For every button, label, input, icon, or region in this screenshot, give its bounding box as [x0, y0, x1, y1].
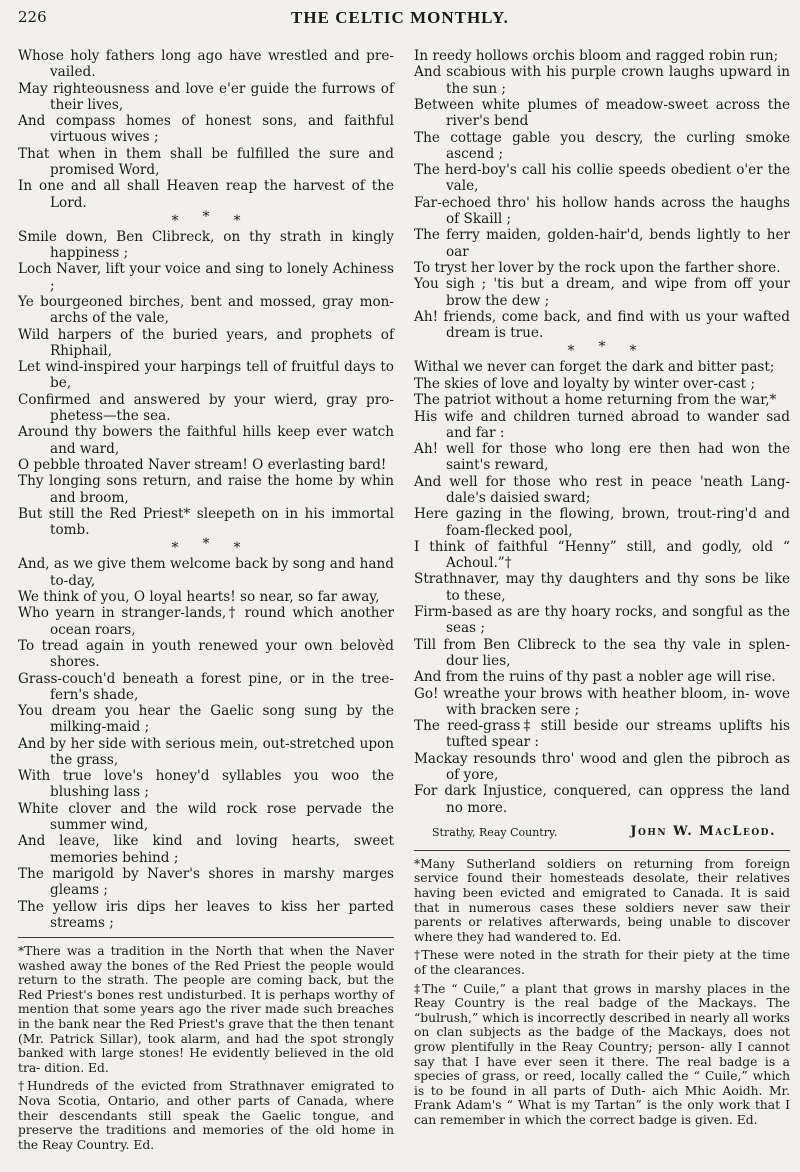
- verse-line: Thy longing sons return, and raise the h…: [18, 473, 394, 505]
- verse-line: And compass homes of honest sons, and fa…: [18, 113, 394, 145]
- verse-line: And by her side with serious mein, out-s…: [18, 736, 394, 768]
- verse-line: Strathnaver, may thy daughters and thy s…: [414, 571, 790, 603]
- section-separator: ***: [18, 542, 394, 556]
- signature-author: John W. MacLeod.: [630, 824, 776, 839]
- verse-line: Let wind-inspired your harpings tell of …: [18, 359, 394, 391]
- poem-stanza: And, as we give them welcome back by son…: [18, 556, 394, 931]
- page-header: 226 THE CELTIC MONTHLY.: [18, 6, 782, 28]
- verse-line: Here gazing in the flowing, brown, trout…: [414, 506, 790, 538]
- footnote: †These were noted in the strath for thei…: [414, 948, 790, 977]
- verse-line: To tread again in youth renewed your own…: [18, 638, 394, 670]
- verse-line: Ye bourgeoned birches, bent and mossed, …: [18, 294, 394, 326]
- footnote: ‡The “ Cuile,” a plant that grows in mar…: [414, 982, 790, 1128]
- verse-line: Wild harpers of the buried years, and pr…: [18, 327, 394, 359]
- verse-line: The patriot without a home returning fro…: [414, 392, 790, 408]
- verse-line: I think of faithful “Henny” still, and g…: [414, 539, 790, 571]
- poem-stanza: Smile down, Ben Clibreck, on thy strath …: [18, 229, 394, 539]
- verse-line: And scabious with his purple crown laugh…: [414, 64, 790, 96]
- verse-line: Whose holy fathers long ago have wrestle…: [18, 48, 394, 80]
- verse-line: That when in them shall be fulfilled the…: [18, 146, 394, 178]
- section-separator: ***: [18, 215, 394, 229]
- verse-line: May righteousness and love e'er guide th…: [18, 81, 394, 113]
- verse-line: Mackay resounds thro' wood and glen the …: [414, 751, 790, 783]
- verse-line: In reedy hollows orchis bloom and ragged…: [414, 48, 790, 64]
- footnote-divider: [18, 937, 394, 938]
- verse-line: Withal we never can forget the dark and …: [414, 359, 790, 375]
- footnote-divider: [414, 850, 790, 851]
- verse-line: With true love's honey'd syllables you w…: [18, 768, 394, 800]
- running-title: THE CELTIC MONTHLY.: [18, 8, 782, 28]
- poem-stanza: Whose holy fathers long ago have wrestle…: [18, 48, 394, 211]
- footnote: *There was a tradition in the North that…: [18, 944, 394, 1075]
- verse-line: Who yearn in stranger-lands,† round whic…: [18, 605, 394, 637]
- verse-line: The reed-grass‡ still beside our streams…: [414, 718, 790, 750]
- verse-line: Till from Ben Clibreck to the sea thy va…: [414, 637, 790, 669]
- verse-line: His wife and children turned abroad to w…: [414, 409, 790, 441]
- verse-line: Ah! friends, come back, and find with us…: [414, 309, 790, 341]
- verse-line: In one and all shall Heaven reap the har…: [18, 178, 394, 210]
- verse-line: You sigh ; 'tis but a dream, and wipe fr…: [414, 276, 790, 308]
- verse-line: Grass-couch'd beneath a forest pine, or …: [18, 671, 394, 703]
- verse-line: Go! wreathe your brows with heather bloo…: [414, 686, 790, 718]
- verse-line: But still the Red Priest* sleepeth on in…: [18, 506, 394, 538]
- verse-line: The ferry maiden, golden-hair'd, bends l…: [414, 227, 790, 259]
- verse-line: And, as we give them welcome back by son…: [18, 556, 394, 588]
- footnote: *Many Sutherland soldiers on returning f…: [414, 857, 790, 945]
- verse-line: And from the ruins of thy past a nobler …: [414, 669, 790, 685]
- signature-place: Strathy, Reay Country.: [432, 826, 557, 839]
- verse-line: O pebble throated Naver stream! O everla…: [18, 457, 394, 473]
- verse-line: We think of you, O loyal hearts! so near…: [18, 589, 394, 605]
- right-column: In reedy hollows orchis bloom and ragged…: [414, 48, 790, 1132]
- verse-line: The marigold by Naver's shores in marshy…: [18, 866, 394, 898]
- verse-line: Smile down, Ben Clibreck, on thy strath …: [18, 229, 394, 261]
- poem-stanza: In reedy hollows orchis bloom and ragged…: [414, 48, 790, 341]
- verse-line: The skies of love and loyalty by winter …: [414, 376, 790, 392]
- verse-line: White clover and the wild rock rose perv…: [18, 801, 394, 833]
- footnotes: *There was a tradition in the North that…: [18, 944, 394, 1152]
- poem-signature: Strathy, Reay Country. John W. MacLeod.: [414, 822, 790, 844]
- verse-line: Between white plumes of meadow-sweet acr…: [414, 97, 790, 129]
- verse-line: Ah! well for those who long ere then had…: [414, 441, 790, 473]
- poem-stanza: Withal we never can forget the dark and …: [414, 359, 790, 816]
- verse-line: And leave, like kind and loving hearts, …: [18, 833, 394, 865]
- verse-line: The cottage gable you descry, the curlin…: [414, 130, 790, 162]
- footnote: †Hundreds of the evicted from Strathnave…: [18, 1079, 394, 1152]
- verse-line: The herd-boy's call his collie speeds ob…: [414, 162, 790, 194]
- section-separator: ***: [414, 345, 790, 359]
- verse-line: For dark Injustice, conquered, can oppre…: [414, 783, 790, 815]
- verse-line: To tryst her lover by the rock upon the …: [414, 260, 790, 276]
- verse-line: Far-echoed thro' his hollow hands across…: [414, 195, 790, 227]
- verse-line: Firm-based as are thy hoary rocks, and s…: [414, 604, 790, 636]
- verse-line: Loch Naver, lift your voice and sing to …: [18, 261, 394, 293]
- verse-line: The yellow iris dips her leaves to kiss …: [18, 899, 394, 931]
- verse-line: And well for those who rest in peace 'ne…: [414, 474, 790, 506]
- footnotes: *Many Sutherland soldiers on returning f…: [414, 857, 790, 1128]
- verse-line: Around thy bowers the faithful hills kee…: [18, 424, 394, 456]
- verse-line: Confirmed and answered by your wierd, gr…: [18, 392, 394, 424]
- left-column: Whose holy fathers long ago have wrestle…: [18, 48, 394, 1156]
- verse-line: You dream you hear the Gaelic song sung …: [18, 703, 394, 735]
